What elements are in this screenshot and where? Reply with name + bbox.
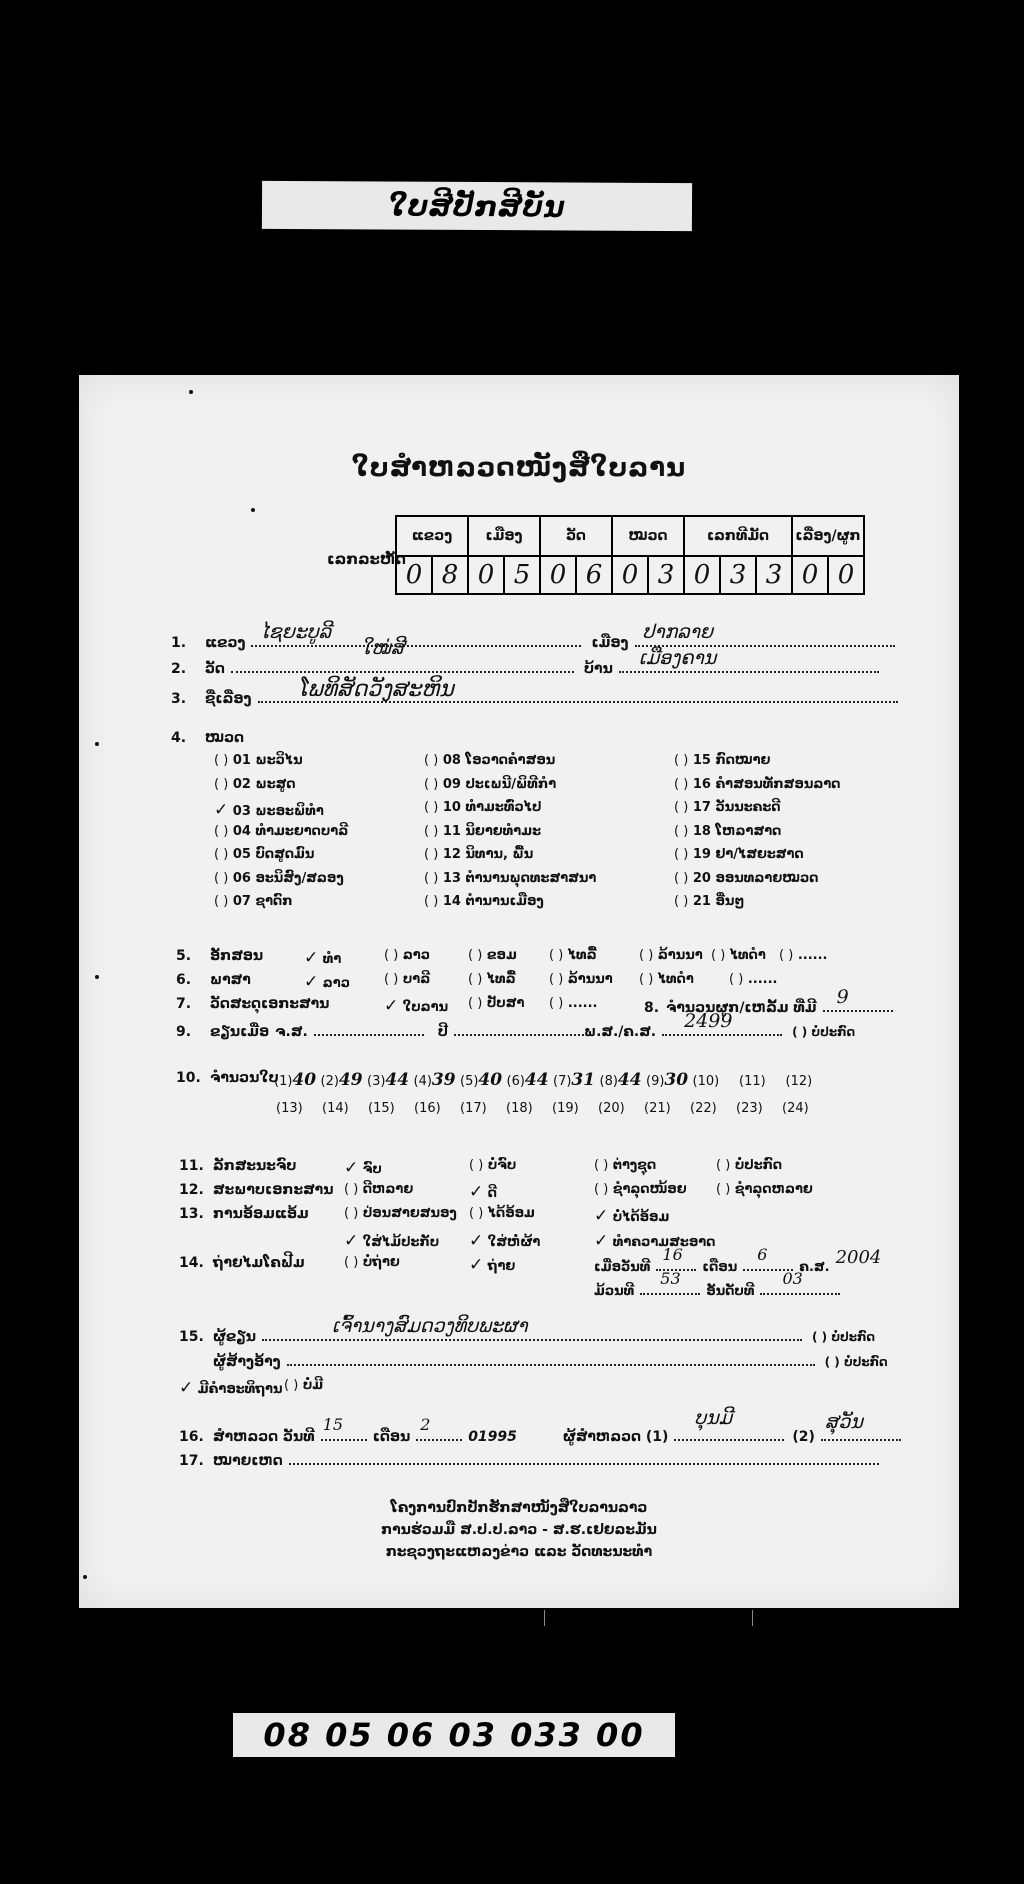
leaf-count-cell[interactable]: (13) bbox=[276, 1097, 303, 1117]
option-label: ດີ bbox=[488, 1186, 497, 1201]
option-code: 16 bbox=[693, 777, 711, 792]
field-7-material: 7. ວັດສະດຸເອກະສານ bbox=[176, 996, 335, 1012]
preservation-option[interactable]: ✓ ໃສ່ໄມ້ປະກັບ bbox=[344, 1231, 439, 1251]
checkbox-empty-icon: ( ) bbox=[384, 948, 398, 963]
category-option-08[interactable]: ( ) 08 ໂອວາດຄຳສອນ bbox=[424, 753, 555, 768]
field-number: 2. bbox=[171, 661, 205, 677]
completeness-option[interactable]: ( ) ບໍ່ຈົບ bbox=[469, 1158, 516, 1173]
code-digit: 3 bbox=[756, 556, 792, 594]
option-label: ໄທດຳ bbox=[730, 948, 766, 963]
code-header-text-fascicle: ເລື່ອງ/ຜູກ bbox=[792, 516, 864, 556]
option-code: 14 bbox=[443, 894, 461, 909]
script-option[interactable]: ( ) ລາວ bbox=[384, 948, 430, 963]
category-option-18[interactable]: ( ) 18 ໂຫລາສາດ bbox=[674, 824, 781, 839]
option-label: ປ່ອນສາຍສນອງ bbox=[363, 1206, 457, 1221]
checkbox-empty-icon: ( ) bbox=[424, 777, 438, 792]
fascicle-number: (9) bbox=[646, 1074, 664, 1089]
field-11-completeness: 11. ລັກສະນະຈົບ bbox=[179, 1158, 302, 1174]
leaf-count-cell[interactable]: (23) bbox=[736, 1097, 763, 1117]
preservation-option[interactable]: ( ) ໄດ້ອ້ອມ bbox=[469, 1206, 535, 1221]
category-option-07[interactable]: ( ) 07 ຊາດົກ bbox=[214, 894, 292, 909]
checkbox-empty-icon: ( ) bbox=[469, 1158, 483, 1173]
footer-line: ໂຄງການປົກປັກຮັກສາໜັງສືໃບລານລາວ bbox=[79, 1497, 959, 1519]
checkbox-empty-icon: ( ) bbox=[424, 894, 438, 909]
checkbox-empty-icon: ( ) bbox=[384, 972, 398, 987]
checkmark-icon: ✓ bbox=[179, 1378, 193, 1398]
field-number: 1. bbox=[171, 635, 205, 651]
field-1-province: 1. ແຂວງ ໄຊຍະບູລີ ເມືອງ ປາກລາຍ bbox=[171, 631, 895, 651]
fascicle-number: (5) bbox=[460, 1074, 478, 1089]
completeness-option[interactable]: ( ) ບໍ່ປະກົດ bbox=[716, 1158, 782, 1173]
leaf-count-cell[interactable]: (17) bbox=[460, 1097, 487, 1117]
script-option[interactable]: ✓ ທຳ bbox=[304, 948, 341, 968]
checkbox-empty-icon: ( ) bbox=[344, 1255, 358, 1270]
language-option[interactable]: ( ) ບາລີ bbox=[384, 972, 430, 987]
option-label: ຊຳລຸດຫລາຍ bbox=[735, 1182, 813, 1197]
reel-title-strip: ໃບສີປັກສີບັນ bbox=[262, 181, 692, 231]
field-number: 17. bbox=[179, 1453, 213, 1469]
checkbox-empty-icon: ( ) bbox=[639, 972, 653, 987]
handwritten-value: 03 bbox=[782, 1269, 802, 1288]
option-code: 05 bbox=[233, 847, 251, 862]
code-header-province: ແຂວງ bbox=[396, 516, 468, 556]
footer-line: ກະຊວງຖະແຫລງຂ່າວ ແລະ ວັດທະນະທຳ bbox=[79, 1541, 959, 1563]
leaf-count-cell[interactable]: (7)31 bbox=[553, 1070, 595, 1090]
option-label: ວັນນະຄະດີ bbox=[715, 800, 780, 815]
fascicle-number: (4) bbox=[414, 1074, 432, 1089]
category-option-02[interactable]: ( ) 02 ພະສູດ bbox=[214, 777, 296, 792]
material-option[interactable]: ( ) ປັບສາ bbox=[468, 996, 524, 1011]
completeness-option[interactable]: ✓ ຈົບ bbox=[344, 1158, 382, 1178]
footer-line: ການຮ່ວມມື ສ.ປ.ປ.ລາວ - ສ.ຮ.ເຢຍລະມັນ bbox=[79, 1519, 959, 1541]
microfilm-option[interactable]: ✓ ຖ່າຍ bbox=[469, 1255, 515, 1275]
option-label: ບົດສູດມົນ bbox=[255, 847, 314, 862]
option-label: ບໍ່ຈົບ bbox=[488, 1158, 517, 1173]
category-option-03[interactable]: ✓ 03 ພະອະພິທຳ bbox=[214, 800, 324, 820]
script-option[interactable]: ( ) ຂອມ bbox=[468, 948, 517, 963]
option-code: 13 bbox=[443, 871, 461, 886]
option-label: ລ້ານນາ bbox=[658, 948, 703, 963]
fascicle-number: (14) bbox=[322, 1101, 349, 1116]
code-digit: 0 bbox=[828, 556, 864, 594]
script-option[interactable]: ( ) ລ້ານນາ bbox=[639, 948, 703, 963]
option-label: ໂຫລາສາດ bbox=[715, 824, 781, 839]
field-17-remarks: 17. ໝາຍເຫດ bbox=[179, 1449, 879, 1469]
checkmark-icon: ✓ bbox=[304, 972, 318, 992]
surveyor-2-label: (2) bbox=[792, 1429, 815, 1445]
condition-option[interactable]: ( ) ຊຳລຸດໜ້ອຍ bbox=[594, 1182, 687, 1197]
option-label: ພະສູດ bbox=[255, 777, 295, 792]
handwritten-value: 2 bbox=[420, 1415, 430, 1434]
fascicle-number: (3) bbox=[367, 1074, 385, 1089]
option-code: 21 bbox=[693, 894, 711, 909]
handwritten-value: ສຸວັນ bbox=[825, 1411, 863, 1433]
handwritten-value: ໂພທິສັດວັງສະຫິນ bbox=[298, 677, 454, 702]
field-8-fascicle-count: 8. ຈຳນວນຜູກ/ເຫລັ້ມ ທີ່ມີ 9 bbox=[644, 996, 893, 1016]
condition-option[interactable]: ( ) ຊຳລຸດຫລາຍ bbox=[716, 1182, 813, 1197]
option-label: ປະເພນີ/ພິທີກຳ bbox=[465, 777, 556, 792]
dedication-option[interactable]: ✓ ມີຄຳອະທິຖານ bbox=[179, 1378, 282, 1398]
script-option[interactable]: ( ) ໄທລື້ bbox=[549, 948, 597, 963]
handwritten-value: 9 bbox=[837, 986, 849, 1008]
material-option[interactable]: ✓ ໃບລານ bbox=[384, 996, 448, 1016]
code-digit: 0 bbox=[396, 556, 432, 594]
microfilm-roll: ມ້ວນທີ 53 ອັນດັບທີ 03 bbox=[594, 1279, 840, 1299]
option-code: 06 bbox=[233, 871, 251, 886]
category-option-17[interactable]: ( ) 17 ວັນນະຄະດີ bbox=[674, 800, 781, 815]
leaf-count-cell[interactable]: (11) bbox=[739, 1070, 766, 1090]
language-option[interactable]: ( ) ລ້ານນາ bbox=[549, 972, 613, 987]
dedication-option[interactable]: ( ) ບໍ່ມີ bbox=[284, 1378, 323, 1393]
leaf-count-cell[interactable]: (14) bbox=[322, 1097, 349, 1117]
field-label: ຜູ້ສ້າງອ້າງ bbox=[213, 1354, 281, 1370]
option-label: ບໍ່ມີ bbox=[303, 1378, 323, 1393]
category-option-21[interactable]: ( ) 21 ອື່ນໆ bbox=[674, 894, 744, 909]
checkbox-empty-icon: ( ) bbox=[424, 800, 438, 815]
field-number: 11. bbox=[179, 1158, 213, 1174]
frame-field[interactable]: 03 bbox=[760, 1279, 840, 1295]
field-12-condition: 12. ສະພາບເອກະສານ bbox=[179, 1182, 339, 1198]
field-number: 16. bbox=[179, 1429, 213, 1445]
option-code: 01 bbox=[233, 753, 251, 768]
frame-label: ອັນດັບທີ bbox=[706, 1284, 754, 1299]
checkbox-empty-icon: ( ) bbox=[214, 824, 228, 839]
code-header-monastery: ວັດ bbox=[540, 516, 612, 556]
option-label: ຕຳນານເມືອງ bbox=[465, 894, 543, 909]
surveyor-1-field[interactable]: ບຸນມີ bbox=[674, 1425, 784, 1441]
category-option-13[interactable]: ( ) 13 ຕຳນານພຸດທະສາສນາ bbox=[424, 871, 596, 886]
checkbox-empty-icon: ( ) bbox=[594, 1158, 608, 1173]
option-code: 12 bbox=[443, 847, 461, 862]
checkbox-empty-icon: ( ) bbox=[424, 847, 438, 862]
checkbox-empty-icon: ( ) bbox=[594, 1182, 608, 1197]
sponsor-field[interactable] bbox=[287, 1350, 815, 1366]
field-number: 10. bbox=[176, 1070, 210, 1086]
option-label: ຂອມ bbox=[487, 948, 517, 963]
checkbox-empty-icon: ( ) bbox=[674, 894, 688, 909]
fascicle-number: (13) bbox=[276, 1101, 303, 1116]
category-option-15[interactable]: ( ) 15 ກົດໝາຍ bbox=[674, 753, 770, 768]
checkbox-empty-icon: ( ) bbox=[344, 1182, 358, 1197]
leaf-count-cell[interactable]: (3)44 bbox=[367, 1070, 409, 1090]
option-label: ພະອະພິທຳ bbox=[255, 804, 323, 819]
checkbox-empty-icon: ( ) bbox=[468, 948, 482, 963]
checkmark-icon: ✓ bbox=[344, 1158, 358, 1178]
date-label: ເມື່ອວັນທີ bbox=[594, 1260, 650, 1275]
microfilm-year-field[interactable]: 2004 bbox=[836, 1257, 896, 1271]
field-number: 8. bbox=[644, 1000, 666, 1016]
checkbox-empty-icon: ( ) bbox=[424, 871, 438, 886]
category-option-09[interactable]: ( ) 09 ປະເພນີ/ພິທີກຳ bbox=[424, 777, 556, 792]
title-field[interactable]: ໂພທິສັດວັງສະຫິນ bbox=[258, 687, 898, 703]
option-label: ລ້ານນາ bbox=[568, 972, 613, 987]
microfilm-option[interactable]: ( ) ບໍ່ຖ່າຍ bbox=[344, 1255, 400, 1270]
leaf-count-cell[interactable]: (8)44 bbox=[600, 1070, 642, 1090]
code-digit: 0 bbox=[540, 556, 576, 594]
field-label: ສຳຫລວດ ວັນທີ bbox=[213, 1429, 315, 1445]
category-option-01[interactable]: ( ) 01 ພະວິໄນ bbox=[214, 753, 303, 768]
condition-option[interactable]: ( ) ດີຫລາຍ bbox=[344, 1182, 413, 1197]
leaf-count-cell[interactable]: (15) bbox=[368, 1097, 395, 1117]
scribe-field[interactable]: ເຈົ້ານາງສົມດວງທິບພະຜາ bbox=[262, 1325, 802, 1341]
buddhist-era-field[interactable]: 2499 bbox=[662, 1020, 782, 1036]
checkbox-empty-icon: ( ) bbox=[674, 824, 688, 839]
buddhist-era-label: ພ.ສ./ຄ.ສ. bbox=[584, 1024, 656, 1040]
category-option-12[interactable]: ( ) 12 ນິທານ, ພື້ນ bbox=[424, 847, 533, 862]
option-label: ຈົບ bbox=[363, 1162, 382, 1177]
category-option-16[interactable]: ( ) 16 ຄຳສອນທັກສອນລາດ bbox=[674, 777, 840, 792]
leaf-count-cell[interactable]: (10) bbox=[693, 1070, 720, 1090]
option-label: ທຳມະຍາດບາລີ bbox=[255, 824, 348, 839]
option-code: 20 bbox=[693, 871, 711, 886]
year-field[interactable] bbox=[454, 1020, 584, 1036]
remarks-field[interactable] bbox=[289, 1449, 879, 1465]
preservation-option[interactable]: ( ) ປ່ອນສາຍສນອງ bbox=[344, 1206, 457, 1221]
handwritten-value: ໃໝ່ສີ bbox=[361, 637, 404, 659]
script-option[interactable]: ( ) ໄທດຳ bbox=[711, 948, 766, 963]
option-label: ໄດ້ອ້ອມ bbox=[488, 1206, 535, 1221]
checkbox-empty-icon: ( ) bbox=[424, 753, 438, 768]
leaf-count-value: 40 bbox=[478, 1070, 502, 1090]
leaf-count-cell[interactable]: (20) bbox=[598, 1097, 625, 1117]
surveyor-2-field[interactable]: ສຸວັນ bbox=[821, 1425, 901, 1441]
lesser-era-field[interactable] bbox=[314, 1020, 424, 1036]
checkbox-empty-icon: ( ) bbox=[424, 824, 438, 839]
leaf-count-cell[interactable]: (16) bbox=[414, 1097, 441, 1117]
field-14-microfilm: 14. ຖ່າຍໄມໂຄຟີມ bbox=[179, 1255, 311, 1271]
material-option[interactable]: ( ) ...... bbox=[549, 996, 597, 1011]
category-option-11[interactable]: ( ) 11 ນິຍາຍທຳມະ bbox=[424, 824, 541, 839]
fascicle-number: (12) bbox=[786, 1074, 813, 1089]
category-option-04[interactable]: ( ) 04 ທຳມະຍາດບາລີ bbox=[214, 824, 348, 839]
leaf-count-cell[interactable]: (1)40 bbox=[274, 1070, 316, 1090]
category-option-20[interactable]: ( ) 20 ອອນທລາຍໝວດ bbox=[674, 871, 818, 886]
field-5-script: 5. ອັກສອນ bbox=[176, 948, 269, 964]
option-label: ກົດໝາຍ bbox=[715, 753, 770, 768]
month-label: ເດືອນ bbox=[702, 1260, 737, 1275]
checkbox-empty-icon: ( ) bbox=[468, 996, 482, 1011]
checkbox-empty-icon: ( ) bbox=[468, 972, 482, 987]
fascicle-number: (21) bbox=[644, 1101, 671, 1116]
option-label: ຢາ/ໄສຍະສາດ bbox=[715, 847, 803, 862]
district-field[interactable]: ປາກລາຍ bbox=[635, 631, 895, 647]
field-label: ໝວດ bbox=[205, 730, 244, 746]
option-label: ຕຳນານພຸດທະສາສນາ bbox=[465, 871, 596, 886]
field-label: ພາສາ bbox=[210, 972, 251, 988]
handwritten-value: ປາກລາຍ bbox=[643, 621, 714, 643]
code-digit: 8 bbox=[432, 556, 468, 594]
language-option[interactable]: ( ) ໄທລື້ bbox=[468, 972, 516, 987]
language-option[interactable]: ✓ ລາວ bbox=[304, 972, 350, 992]
checkmark-icon: ✓ bbox=[344, 1231, 358, 1251]
category-option-06[interactable]: ( ) 06 ອະນິສົງ/ສລອງ bbox=[214, 871, 344, 886]
option-label: ທຳ bbox=[323, 952, 342, 967]
option-label: ໄທລື້ bbox=[568, 948, 597, 963]
category-option-14[interactable]: ( ) 14 ຕຳນານເມືອງ bbox=[424, 894, 544, 909]
checkmark-icon: ✓ bbox=[469, 1182, 483, 1202]
preservation-option[interactable]: ✓ ທຳຄວາມສະອາດ bbox=[594, 1231, 715, 1251]
surveyor-label: ຜູ້ສຳຫລວດ (1) bbox=[563, 1429, 669, 1445]
fascicle-count-field[interactable]: 9 bbox=[823, 996, 893, 1012]
option-label: ອອນທລາຍໝວດ bbox=[715, 871, 818, 886]
leaf-count-cell[interactable]: (12) bbox=[786, 1070, 813, 1090]
leaf-count-value: 40 bbox=[292, 1070, 316, 1090]
option-label: ຕ່າງຊຸດ bbox=[613, 1158, 656, 1173]
option-label: ອື່ນໆ bbox=[715, 894, 744, 909]
checkbox-empty-icon: ( ) bbox=[639, 948, 653, 963]
field-label: ເມືອງ bbox=[591, 635, 628, 651]
field-label: ໝາຍເຫດ bbox=[213, 1453, 283, 1469]
film-edge-mark bbox=[544, 1610, 545, 1626]
checkbox-empty-icon: ( ) bbox=[674, 800, 688, 815]
preservation-option[interactable]: ✓ ບໍ່ໄດ້ອ້ອມ bbox=[594, 1206, 669, 1226]
handwritten-value: 15 bbox=[323, 1415, 343, 1434]
leaf-count-value: 44 bbox=[525, 1070, 549, 1090]
category-option-19[interactable]: ( ) 19 ຢາ/ໄສຍະສາດ bbox=[674, 847, 804, 862]
code-digit: 6 bbox=[576, 556, 612, 594]
option-label: ...... bbox=[798, 948, 828, 963]
option-label: ...... bbox=[748, 972, 778, 987]
option-code: 08 bbox=[443, 753, 461, 768]
script-option[interactable]: ( ) ...... bbox=[779, 948, 827, 963]
option-code: 09 bbox=[443, 777, 461, 792]
option-label: ຊຳລຸດໜ້ອຍ bbox=[613, 1182, 687, 1197]
code-digit: 3 bbox=[720, 556, 756, 594]
fascicle-number: (22) bbox=[690, 1101, 717, 1116]
handwritten-value: 53 bbox=[660, 1269, 680, 1288]
category-option-10[interactable]: ( ) 10 ທຳມະທົ່ວໄປ bbox=[424, 800, 541, 815]
roll-field[interactable]: 53 bbox=[640, 1279, 700, 1295]
field-4-category: 4. ໝວດ bbox=[171, 730, 250, 746]
province-field[interactable]: ໄຊຍະບູລີ bbox=[251, 631, 581, 647]
language-option[interactable]: ( ) ...... bbox=[729, 972, 777, 987]
survey-day-field[interactable]: 15 bbox=[321, 1425, 367, 1441]
option-label: ທຳມະທົ່ວໄປ bbox=[465, 800, 541, 815]
village-field[interactable]: ເມືອງຄານ bbox=[619, 657, 879, 673]
fascicle-number: (20) bbox=[598, 1101, 625, 1116]
checkbox-empty-icon: ( ) bbox=[344, 1206, 358, 1221]
field-label: ຂຽນເມື່ອ bbox=[210, 1024, 269, 1040]
field-label: ຊື່ເລື່ອງ bbox=[205, 691, 252, 707]
handwritten-value: ເມືອງຄານ bbox=[639, 647, 716, 669]
field-number: 5. bbox=[176, 948, 210, 964]
leaf-count-cell[interactable]: (22) bbox=[690, 1097, 717, 1117]
field-label: ວັດສະດຸເອກະສານ bbox=[210, 996, 329, 1012]
checkbox-empty-icon: ( ) bbox=[674, 871, 688, 886]
code-digit: 0 bbox=[684, 556, 720, 594]
option-code: 02 bbox=[233, 777, 251, 792]
option-label: ໄທລື້ bbox=[487, 972, 516, 987]
leaf-count-cell[interactable]: (21) bbox=[644, 1097, 671, 1117]
option-label: ດີຫລາຍ bbox=[363, 1182, 413, 1197]
option-label: ມີຄຳອະທິຖານ bbox=[198, 1382, 283, 1397]
option-label: ບໍ່ຖ່າຍ bbox=[363, 1255, 400, 1270]
option-code: 18 bbox=[693, 824, 711, 839]
film-speck bbox=[189, 390, 193, 394]
field-15-sponsor: ຜູ້ສ້າງອ້າງ ( ) ບໍ່ປະກົດ bbox=[213, 1350, 894, 1370]
unknown-option[interactable]: ( ) ບໍ່ປະກົດ bbox=[792, 1025, 855, 1039]
condition-option[interactable]: ✓ ດີ bbox=[469, 1182, 497, 1202]
field-15-scribe: 15. ຜູ້ຂຽນ ເຈົ້ານາງສົມດວງທິບພະຜາ ( ) ບໍ່… bbox=[179, 1325, 881, 1345]
handwritten-value: ບຸນມີ bbox=[694, 1407, 732, 1429]
code-digit: 3 bbox=[648, 556, 684, 594]
sponsor-unknown-option[interactable]: ( ) ບໍ່ປະກົດ bbox=[825, 1355, 888, 1369]
option-label: ນິທານ, ພື້ນ bbox=[465, 847, 533, 862]
checkbox-empty-icon: ( ) bbox=[674, 847, 688, 862]
code-header-district: ເມືອງ bbox=[468, 516, 540, 556]
leaf-count-cell[interactable]: (2)49 bbox=[321, 1070, 363, 1090]
fascicle-number: (6) bbox=[507, 1074, 525, 1089]
field-10-leaf-count: 10. ຈຳນວນໃບ bbox=[176, 1070, 285, 1086]
code-digit: 0 bbox=[612, 556, 648, 594]
field-label: ສະພາບເອກະສານ bbox=[213, 1182, 333, 1198]
handwritten-value: ໄຊຍະບູລີ bbox=[259, 621, 331, 643]
option-code: 15 bbox=[693, 753, 711, 768]
film-edge-mark bbox=[752, 1610, 753, 1626]
leaf-count-value: 49 bbox=[339, 1070, 363, 1090]
month-label: ເດືອນ bbox=[373, 1429, 410, 1445]
handwritten-value: 2004 bbox=[836, 1247, 882, 1268]
leaf-count-cell[interactable]: (5)40 bbox=[460, 1070, 502, 1090]
checkmark-icon: ✓ bbox=[469, 1255, 483, 1275]
option-label: ບາລີ bbox=[403, 972, 430, 987]
field-label: ຖ່າຍໄມໂຄຟີມ bbox=[213, 1255, 305, 1271]
checkmark-icon: ✓ bbox=[469, 1231, 483, 1251]
category-option-05[interactable]: ( ) 05 ບົດສູດມົນ bbox=[214, 847, 314, 862]
fascicle-number: (1) bbox=[274, 1074, 292, 1089]
code-header-bundle-number: ເລກທີມັດ bbox=[684, 516, 792, 556]
leaf-count-cell[interactable]: (4)39 bbox=[414, 1070, 456, 1090]
field-label: ວັດ bbox=[205, 661, 225, 677]
field-label: ຜູ້ຂຽນ bbox=[213, 1329, 256, 1345]
survey-month-field[interactable]: 2 bbox=[416, 1425, 462, 1441]
checkmark-icon: ✓ bbox=[594, 1206, 608, 1226]
handwritten-value: 16 bbox=[662, 1245, 682, 1264]
leaf-count-cell[interactable]: (19) bbox=[552, 1097, 579, 1117]
checkbox-empty-icon: ( ) bbox=[716, 1182, 730, 1197]
fascicle-number: (17) bbox=[460, 1101, 487, 1116]
option-label: ບໍ່ປະກົດ bbox=[844, 1355, 888, 1369]
survey-form-sheet: ໃບສຳຫລວດໜັງສືໃບລານ ເລກລະຫັດ ແຂວງ ເມືອງ ວ… bbox=[79, 375, 959, 1608]
preservation-option[interactable]: ✓ ໃສ່ຫໍ່ຜ້າ bbox=[469, 1231, 540, 1251]
scribe-unknown-option[interactable]: ( ) ບໍ່ປະກົດ bbox=[812, 1330, 875, 1344]
field-label: ແຂວງ bbox=[205, 635, 245, 651]
checkbox-empty-icon: ( ) bbox=[549, 948, 563, 963]
field-number: 4. bbox=[171, 730, 205, 746]
leaf-count-cell[interactable]: (9)30 bbox=[646, 1070, 688, 1090]
completeness-option[interactable]: ( ) ຕ່າງຊຸດ bbox=[594, 1158, 656, 1173]
option-label: ບໍ່ປະກົດ bbox=[811, 1025, 855, 1039]
leaf-count-value: 44 bbox=[385, 1070, 409, 1090]
survey-year: 01995 bbox=[468, 1429, 517, 1445]
option-code: 11 bbox=[443, 824, 461, 839]
checkbox-empty-icon: ( ) bbox=[674, 753, 688, 768]
leaf-count-cell[interactable]: (24) bbox=[782, 1097, 809, 1117]
field-13-preservation: 13. ການອ້ອມແອ້ມ bbox=[179, 1206, 315, 1222]
film-speck bbox=[83, 1575, 87, 1579]
monastery-field[interactable]: ໃໝ່ສີ bbox=[231, 657, 574, 673]
checkmark-icon: ✓ bbox=[214, 800, 228, 820]
field-6-language: 6. ພາສາ bbox=[176, 972, 257, 988]
option-label: ອະນິສົງ/ສລອງ bbox=[255, 871, 343, 886]
leaf-count-cell[interactable]: (18) bbox=[506, 1097, 533, 1117]
leaf-count-cell[interactable]: (6)44 bbox=[507, 1070, 549, 1090]
project-footer: ໂຄງການປົກປັກຮັກສາໜັງສືໃບລານລາວ ການຮ່ວມມື… bbox=[79, 1497, 959, 1563]
leaf-count-value: 39 bbox=[432, 1070, 456, 1090]
language-option[interactable]: ( ) ໄທດຳ bbox=[639, 972, 694, 987]
option-label: ປັບສາ bbox=[487, 996, 525, 1011]
field-label: ບ້ານ bbox=[584, 661, 613, 677]
